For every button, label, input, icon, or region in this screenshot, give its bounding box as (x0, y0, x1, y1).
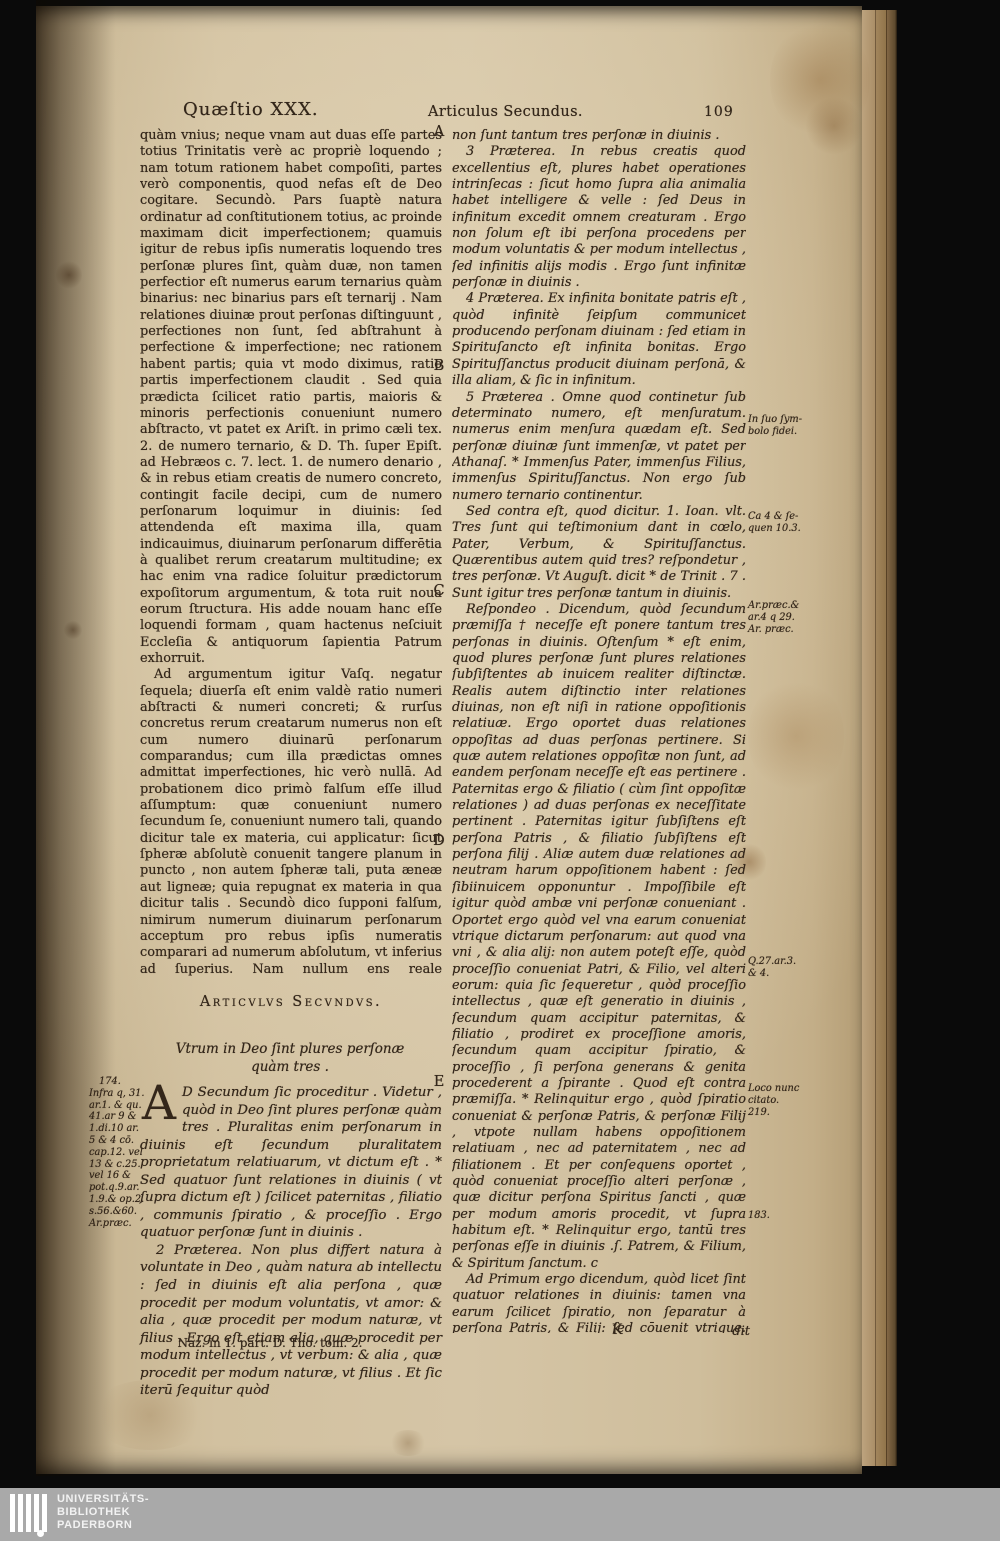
running-title-right: Articulus Secundus. (428, 104, 583, 120)
margin-note-line: pot.q.9.ar. (89, 1182, 147, 1194)
margin-note-line: Infra q, 31. (89, 1088, 147, 1100)
article-subtitle: Vtrum in Deo ſint plures perſonæ quàm tr… (170, 1040, 410, 1076)
paragraph: 3 Præterea. In rebus creatis quod excell… (452, 144, 746, 291)
margin-note-line: & 4. (748, 968, 802, 980)
margin-note-line: ar.4 q 29. (748, 612, 802, 624)
margin-note-line: 1.9.& op.2. (89, 1194, 147, 1206)
logo-bar (26, 1494, 31, 1532)
library-name: UNIVERSITÄTS-BIBLIOTHEKPADERBORN (57, 1493, 149, 1532)
library-name-line: UNIVERSITÄTS- (57, 1493, 149, 1506)
section-letter-e: E (430, 1074, 448, 1090)
library-footer-bar: UNIVERSITÄTS-BIBLIOTHEKPADERBORN (0, 1488, 1000, 1541)
library-name-line: PADERBORN (57, 1519, 149, 1532)
margin-note-line: s.56.&60. (89, 1206, 147, 1218)
paragraph: Reſpondeo . Dicendum, quòd ſecundum præm… (452, 602, 746, 1272)
right-margin-note: Ar.præc.&ar.4 q 29.Ar. præc. (748, 600, 802, 635)
catchword: dit (700, 1324, 750, 1339)
running-title-left: Quæſtio XXX. (183, 99, 319, 120)
right-margin-note: Loco nunccitato.219. (748, 1083, 802, 1118)
logo-bar (18, 1494, 23, 1532)
right-margin-note: Ca 4 & ſe-quen 10.3. (748, 511, 802, 535)
article-body: A D Secundum ſic proceditur . Videtur , … (140, 1084, 442, 1400)
bottom-reference: Naz. in 1. part. D. Tho. tom. 2. (140, 1336, 400, 1350)
logo-bar (34, 1494, 39, 1532)
right-margin-note: In ſuo ſym-bolo fidei. (748, 414, 802, 438)
margin-note-line: Ar.præc. (89, 1218, 147, 1230)
paragraph: D Secundum ſic proceditur . Videtur , qu… (140, 1084, 442, 1242)
paragraph: Sed contra eſt, quod dicitur. 1. Ioan. v… (452, 504, 746, 602)
margin-note-line: 41.ar 9 & (89, 1111, 147, 1123)
margin-note-line: bolo fidei. (748, 426, 802, 438)
logo-dot (37, 1530, 44, 1537)
margin-note-line: Loco nunc (748, 1083, 802, 1095)
library-name-line: BIBLIOTHEK (57, 1506, 149, 1519)
binding-shadow (36, 0, 116, 1476)
paragraph: 4 Præterea. Ex infinita bonitate patris … (452, 291, 746, 389)
paragraph: non ſunt tantum tres perſonæ in diuinis … (452, 128, 746, 144)
section-letter-b: B (430, 358, 448, 374)
left-margin-note: 174.Infra q, 31.ar.1. & qu.41.ar 9 &1.di… (89, 1076, 147, 1229)
margin-note-line: quen 10.3. (748, 523, 802, 535)
page-edge-stack (887, 10, 897, 1466)
page-number: 109 (704, 104, 734, 120)
paragraph: 2 Præterea. Non plus differt natura à vo… (140, 1242, 442, 1400)
margin-note-line: vel 16 & (89, 1170, 147, 1182)
page-edge-stack (862, 10, 876, 1466)
paragraph: 5 Præterea . Omne quod continetur ſub de… (452, 390, 746, 504)
margin-note-line: Ca 4 & ſe- (748, 511, 802, 523)
margin-note-line: ar.1. & qu. (89, 1100, 147, 1112)
section-letter-a: A (430, 124, 448, 140)
article-paragraphs: D Secundum ſic proceditur . Videtur , qu… (140, 1084, 442, 1400)
paragraph: Ad argumentum igitur Vaſq. negatur ſeque… (140, 667, 442, 976)
section-letter-d: D (430, 833, 448, 849)
margin-note-line: In ſuo ſym- (748, 414, 802, 426)
left-column-body: quàm vnius; neque vnam aut duas eſſe par… (140, 128, 442, 976)
page-edge-stack (876, 10, 887, 1466)
right-margin-note: 183. (748, 1210, 802, 1222)
right-column: non ſunt tantum tres perſonæ in diuinis … (452, 128, 746, 1333)
logo-bar (10, 1494, 15, 1532)
margin-note-line: 219. (748, 1107, 802, 1119)
signature-mark: K (612, 1322, 622, 1338)
margin-note-line: 5 & 4 cō. (89, 1135, 147, 1147)
section-letter-c: C (430, 583, 448, 599)
page-scan: Quæſtio XXX. Articulus Secundus. 109 quà… (0, 0, 1000, 1541)
logo-bar (42, 1494, 47, 1532)
margin-note-line: 174. (89, 1076, 147, 1088)
margin-note-line: cap.12. vel (89, 1147, 147, 1159)
margin-note-line: citato. (748, 1095, 802, 1107)
margin-note-line: 183. (748, 1210, 802, 1222)
margin-note-line: 1.di.10 ar. (89, 1123, 147, 1135)
margin-note-line: Ar.præc.& (748, 600, 802, 612)
margin-note-line: 13 & c.25. (89, 1159, 147, 1171)
article-heading: Articvlvs Secvndvs. (140, 994, 442, 1010)
margin-note-line: Ar. præc. (748, 624, 802, 636)
library-logo-icon (10, 1494, 52, 1538)
right-margin-note: Q.27.ar.3.& 4. (748, 956, 802, 980)
paragraph: quàm vnius; neque vnam aut duas eſſe par… (140, 128, 442, 667)
margin-note-line: Q.27.ar.3. (748, 956, 802, 968)
